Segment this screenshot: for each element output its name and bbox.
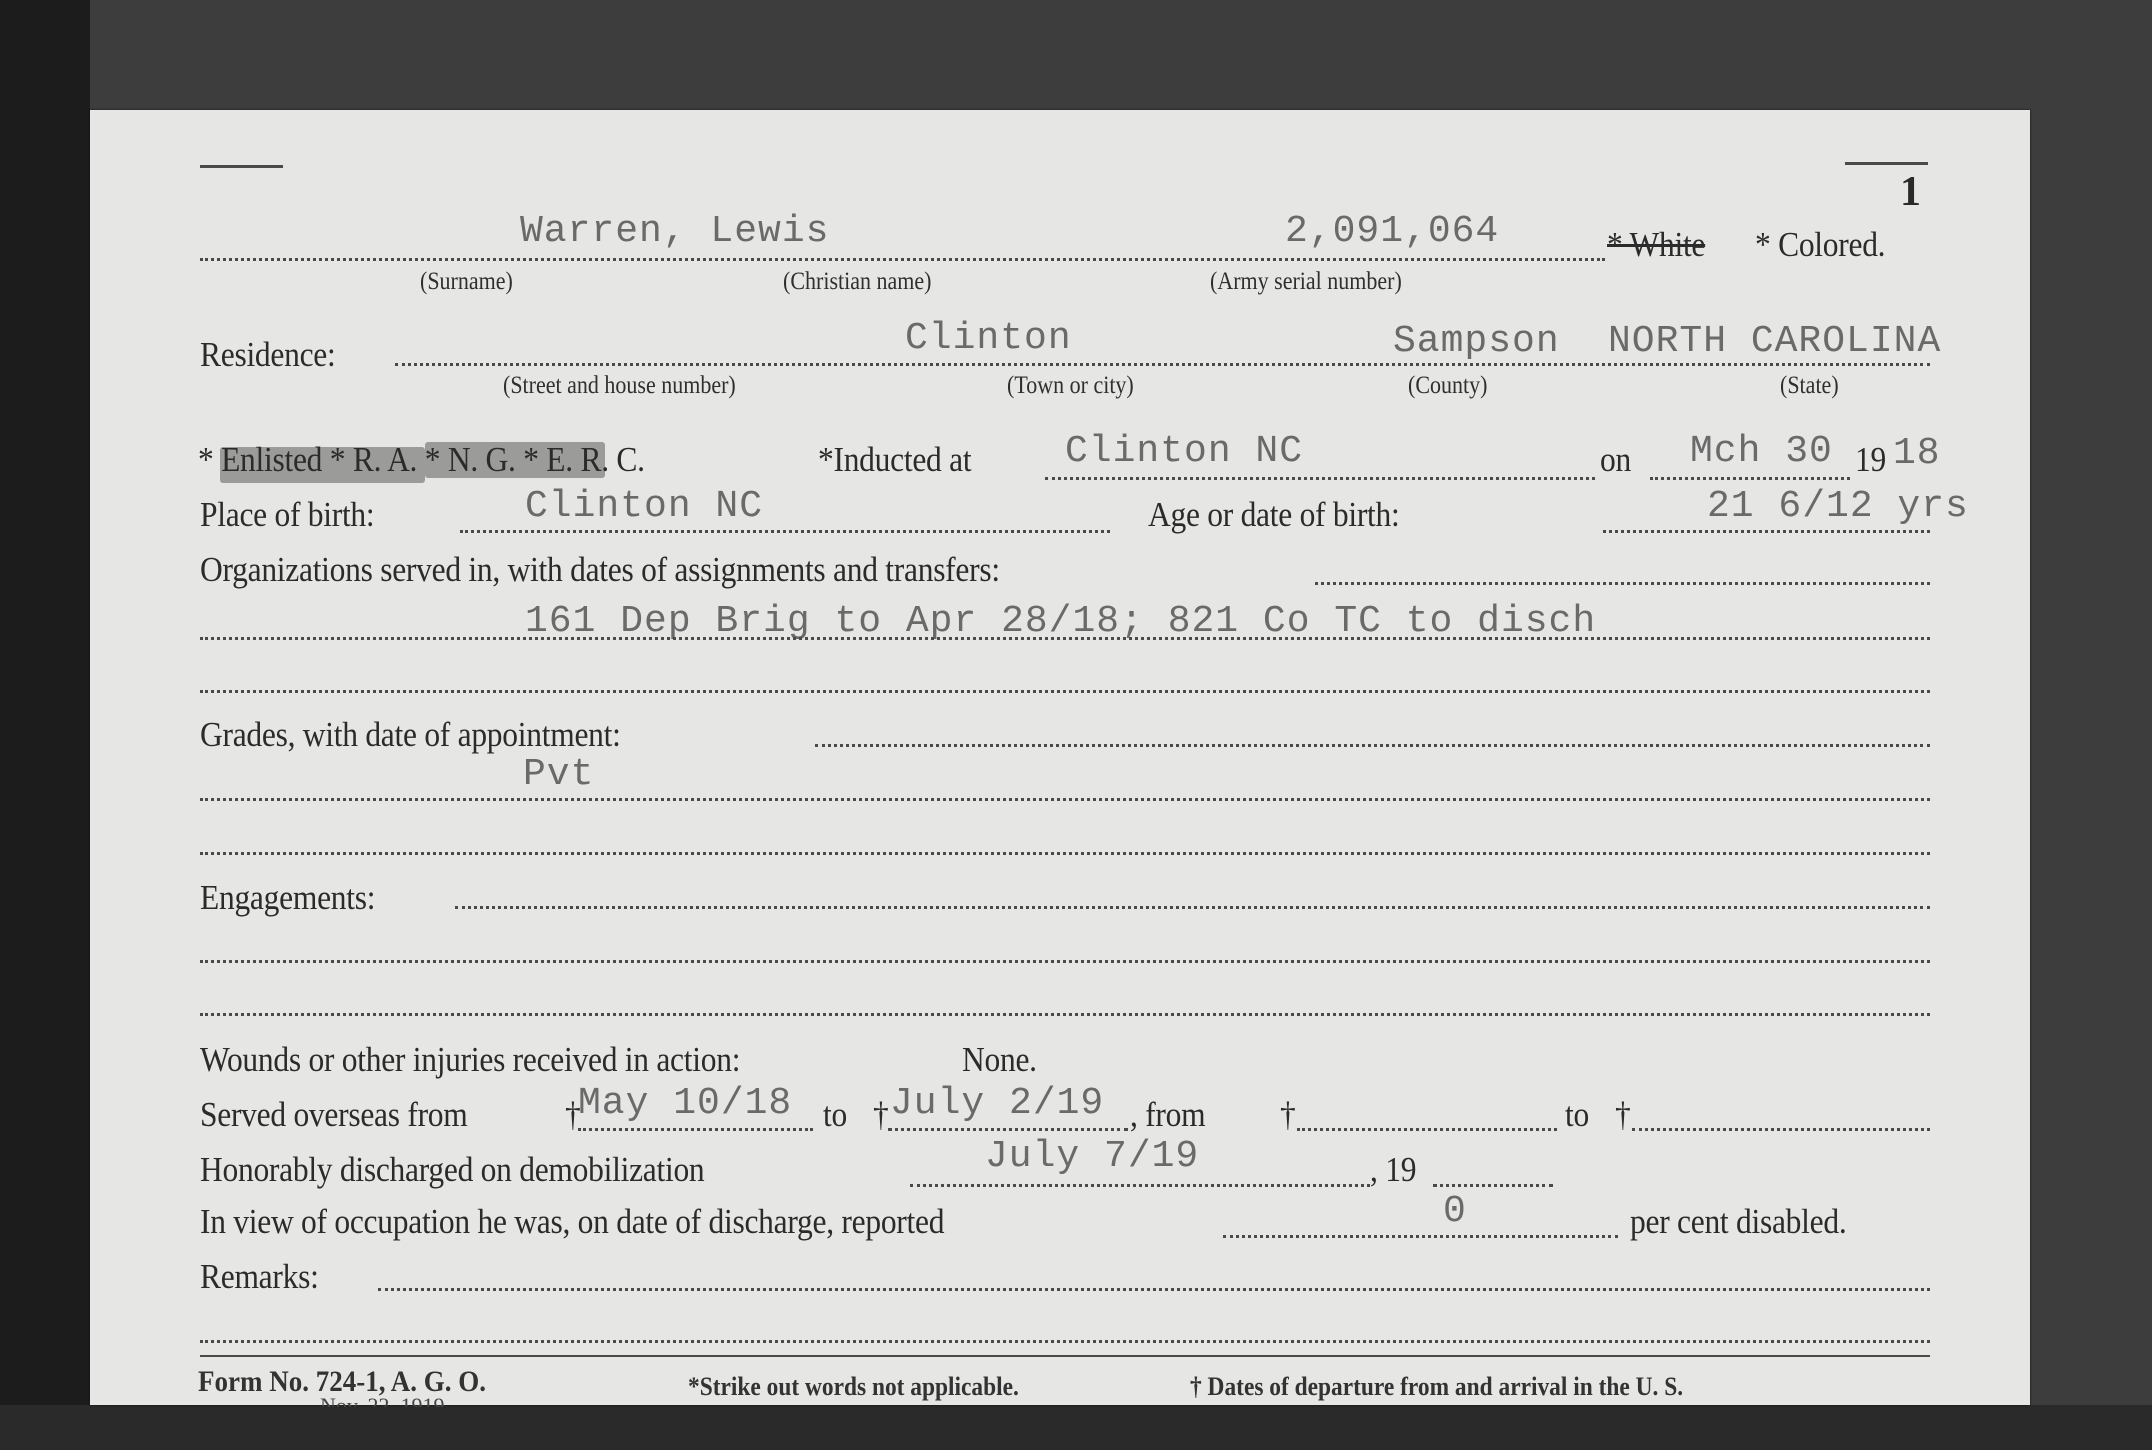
dagger-icon: † [873, 1095, 888, 1135]
residence-town: Clinton [905, 317, 1072, 360]
place-of-birth-label: Place of birth: [200, 495, 374, 535]
discharge-label: Honorably discharged on demobilization [200, 1150, 704, 1190]
serial-caption: (Army serial number) [1210, 268, 1402, 296]
grades-value: Pvt [523, 753, 594, 796]
overseas-label: Served overseas from [200, 1095, 468, 1135]
age-line [1603, 530, 1930, 533]
overseas-to-2-line [1632, 1128, 1930, 1131]
engagements-line-2 [200, 960, 1930, 963]
top-left-rule [200, 165, 283, 168]
induction-date: Mch 30 [1690, 430, 1833, 473]
inducted-at-value: Clinton NC [1065, 430, 1303, 473]
state-caption: (State) [1780, 372, 1839, 400]
age-label: Age or date of birth: [1148, 495, 1400, 535]
discharge-year-label: , 19 [1370, 1150, 1416, 1190]
age-value: 21 6/12 yrs [1707, 485, 1969, 528]
scan-background-bottom [0, 1405, 2152, 1450]
grades-line-1 [815, 744, 1930, 747]
overseas-from-2-line [1297, 1128, 1557, 1131]
engagements-label: Engagements: [200, 878, 375, 918]
overseas-to-label-2: to [1565, 1095, 1589, 1135]
organizations-line-1 [1315, 582, 1930, 585]
page-number: 1 [1900, 168, 1921, 216]
overseas-from-1-line [578, 1128, 813, 1131]
grades-label: Grades, with date of appointment: [200, 715, 621, 755]
dagger-icon: † [1280, 1095, 1295, 1135]
scan-background-left [0, 0, 90, 1450]
race-colored: * Colored. [1755, 225, 1885, 265]
inducted-line [1045, 477, 1595, 480]
enlistment-options: * Enlisted * R. A. * N. G. * E. R. C. [198, 440, 645, 480]
organizations-line-3 [200, 690, 1930, 693]
wounds-value: None. [962, 1040, 1037, 1080]
overseas-to-label: to [823, 1095, 847, 1135]
top-right-rule [1845, 162, 1928, 165]
dagger-icon: † [1615, 1095, 1630, 1135]
disability-label: In view of occupation he was, on date of… [200, 1202, 944, 1242]
disability-value: 0 [1443, 1190, 1467, 1233]
grades-line-2 [200, 798, 1930, 801]
residence-state: NORTH CAROLINA [1608, 320, 1941, 363]
dates-note: † Dates of departure from and arrival in… [1190, 1372, 1683, 1402]
discharge-date: July 7/19 [985, 1135, 1199, 1178]
surname-caption: (Surname) [420, 268, 513, 296]
induction-date-line [1650, 477, 1850, 480]
remarks-line-2 [200, 1340, 1930, 1343]
on-label: on [1600, 440, 1631, 480]
race-white-struck: * White [1607, 225, 1705, 265]
residence-line [395, 363, 1930, 366]
name-value: Warren, Lewis [520, 210, 829, 253]
footer-rule [200, 1355, 1930, 1357]
wounds-label: Wounds or other injuries received in act… [200, 1040, 740, 1080]
overseas-from-1: May 10/18 [578, 1082, 792, 1125]
county-caption: (County) [1408, 372, 1487, 400]
year-suffix: 18 [1893, 432, 1941, 475]
town-caption: (Town or city) [1007, 372, 1134, 400]
place-of-birth-value: Clinton NC [525, 485, 763, 528]
residence-county: Sampson [1393, 320, 1560, 363]
remarks-line-1 [378, 1288, 1930, 1291]
grades-line-3 [200, 852, 1930, 855]
name-line [200, 258, 1605, 261]
year-prefix: 19 [1855, 440, 1886, 480]
overseas-from-label: , from [1130, 1095, 1205, 1135]
organizations-label: Organizations served in, with dates of a… [200, 550, 1000, 590]
place-of-birth-line [460, 530, 1110, 533]
christian-name-caption: (Christian name) [783, 268, 931, 296]
engagements-line-3 [200, 1013, 1930, 1016]
strike-note: *Strike out words not applicable. [688, 1372, 1019, 1402]
street-caption: (Street and house number) [503, 372, 736, 400]
service-record-card: 1 Warren, Lewis 2,091,064 * White * Colo… [90, 110, 2030, 1405]
overseas-to-1: July 2/19 [890, 1082, 1104, 1125]
engagements-line-1 [455, 906, 1930, 909]
disability-suffix: per cent disabled. [1630, 1202, 1846, 1242]
serial-value: 2,091,064 [1285, 210, 1499, 253]
disability-line [1223, 1235, 1618, 1238]
remarks-label: Remarks: [200, 1257, 319, 1297]
discharge-year-line [1433, 1184, 1553, 1187]
inducted-label: *Inducted at [818, 440, 971, 480]
form-date: Nov. 22, 1919 [320, 1393, 444, 1407]
organizations-line-2 [200, 637, 1930, 640]
residence-label: Residence: [200, 335, 336, 375]
overseas-to-1-line [888, 1128, 1128, 1131]
discharge-date-line [910, 1184, 1370, 1187]
